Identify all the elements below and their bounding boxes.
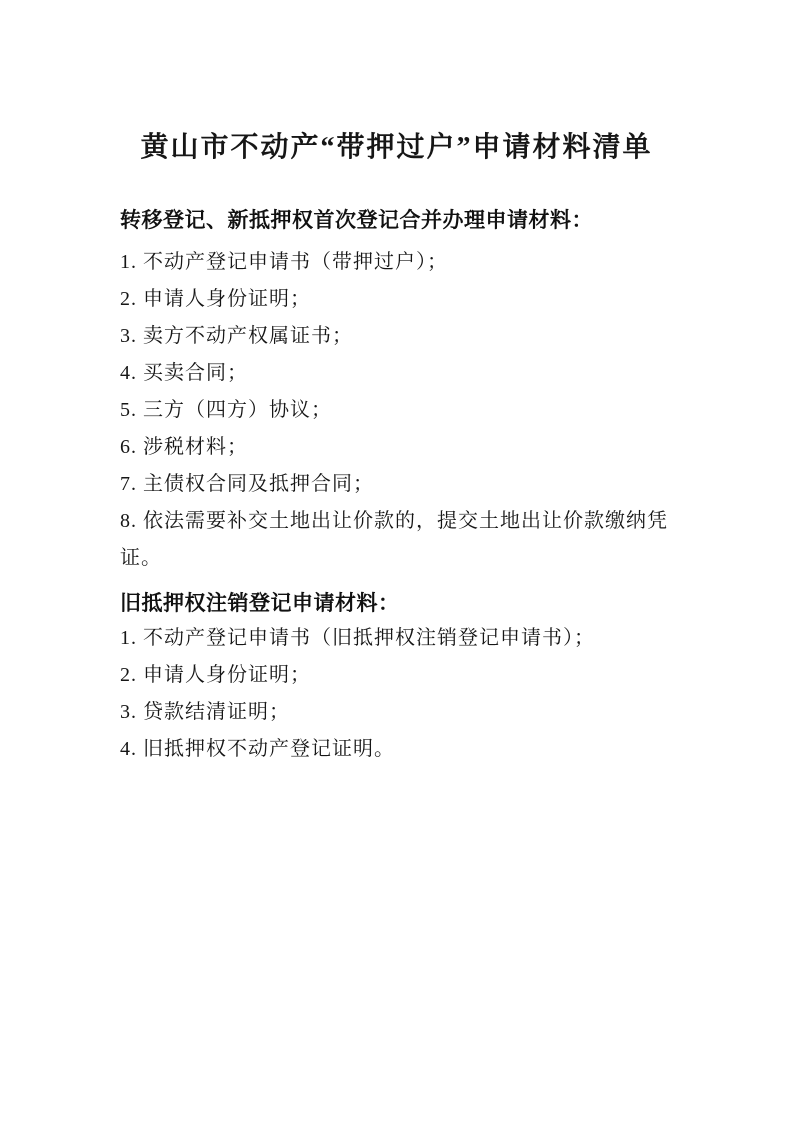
list-item: 4. 买卖合同； bbox=[120, 355, 673, 392]
list-item: 4. 旧抵押权不动产登记证明。 bbox=[120, 731, 673, 768]
list-item: 1. 不动产登记申请书（带押过户）； bbox=[120, 244, 673, 281]
document-title: 黄山市不动产“带押过户”申请材料清单 bbox=[120, 131, 673, 164]
list-item: 2. 申请人身份证明； bbox=[120, 281, 673, 318]
section-merged-registration: 转移登记、新抵押权首次登记合并办理申请材料： 1. 不动产登记申请书（带押过户）… bbox=[120, 204, 673, 577]
list-item: 2. 申请人身份证明； bbox=[120, 657, 673, 694]
section-heading-old-mortgage-cancellation: 旧抵押权注销登记申请材料： bbox=[120, 587, 673, 620]
section-old-mortgage-cancellation: 旧抵押权注销登记申请材料： 1. 不动产登记申请书（旧抵押权注销登记申请书）； … bbox=[120, 587, 673, 768]
list-item: 6. 涉税材料； bbox=[120, 429, 673, 466]
material-list-cancellation: 1. 不动产登记申请书（旧抵押权注销登记申请书）； 2. 申请人身份证明； 3.… bbox=[120, 620, 673, 768]
section-heading-merged-registration: 转移登记、新抵押权首次登记合并办理申请材料： bbox=[120, 204, 673, 237]
material-list-merged: 1. 不动产登记申请书（带押过户）； 2. 申请人身份证明； 3. 卖方不动产权… bbox=[120, 244, 673, 577]
list-item: 3. 贷款结清证明； bbox=[120, 694, 673, 731]
list-item: 1. 不动产登记申请书（旧抵押权注销登记申请书）； bbox=[120, 620, 673, 657]
list-item: 7. 主债权合同及抵押合同； bbox=[120, 466, 673, 503]
list-item: 5. 三方（四方）协议； bbox=[120, 392, 673, 429]
list-item: 8. 依法需要补交土地出让价款的，提交土地出让价款缴纳凭证。 bbox=[120, 503, 673, 577]
list-item: 3. 卖方不动产权属证书； bbox=[120, 318, 673, 355]
document-page: 黄山市不动产“带押过户”申请材料清单 转移登记、新抵押权首次登记合并办理申请材料… bbox=[0, 0, 793, 1122]
